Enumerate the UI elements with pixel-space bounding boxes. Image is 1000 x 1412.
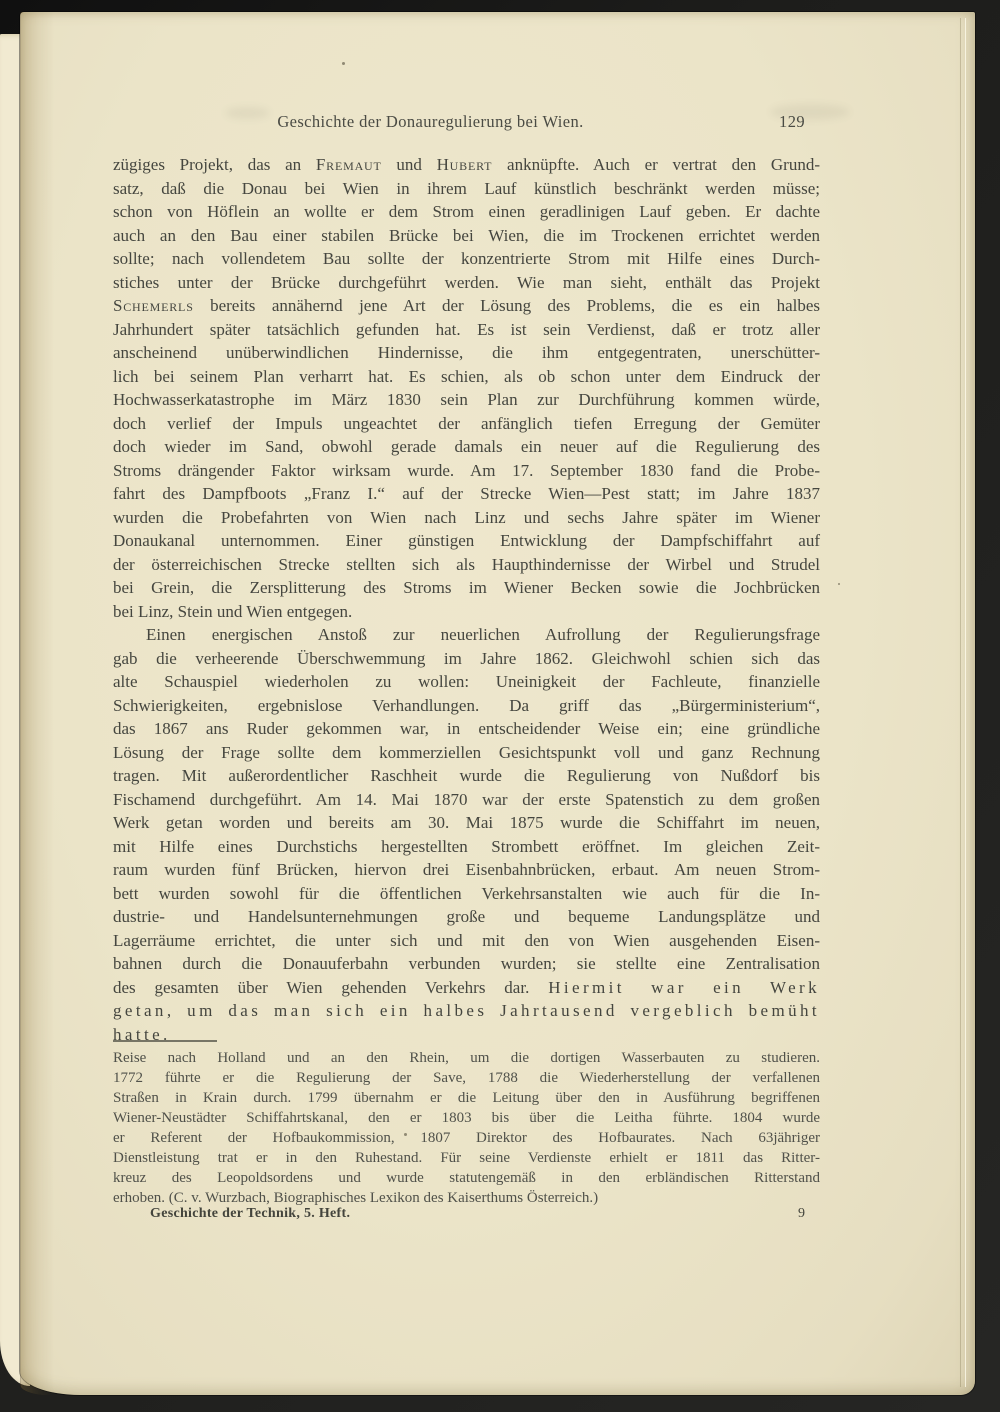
page-edge-line: [965, 18, 966, 1387]
text-line: alte Schauspiel wiederholen zu wollen: U…: [113, 670, 820, 694]
text-line: der österreichischen Strecke stellten si…: [113, 553, 820, 577]
text-segment: Schwierigkeiten, ergebnislose Verhandlun…: [113, 696, 820, 715]
text-line: hatte.: [113, 1023, 820, 1047]
text-segment: Lagerräume errichtet, die unter sich und…: [113, 931, 820, 950]
footnote-text: Reise nach Holland und an den Rhein, um …: [113, 1048, 820, 1208]
text-segment: tragen. Mit außerordentlicher Raschheit …: [113, 766, 820, 785]
text-line: erhoben. (C. v. Wurzbach, Biographisches…: [113, 1188, 820, 1208]
person-name-smallcaps: Fremaut: [316, 155, 382, 174]
text-segment: das 1867 ans Ruder gekommen war, in ents…: [113, 719, 820, 738]
text-segment: stiches unter der Brücke durchgeführt we…: [113, 273, 820, 292]
main-text: zügiges Projekt, das an Fremaut und Hube…: [113, 153, 820, 1046]
text-line: lich bei seinem Plan verharrt hat. Es sc…: [113, 365, 820, 389]
text-line: des gesamten über Wien gehenden Verkehrs…: [113, 976, 820, 1000]
text-segment: des gesamten über Wien gehenden Verkehrs…: [113, 978, 548, 997]
paper-speck: [342, 62, 345, 65]
text-segment: 1772 führte er die Regulierung der Save,…: [113, 1070, 820, 1086]
book-background: Geschichte der Donauregulierung bei Wien…: [0, 0, 1000, 1412]
text-line: das 1867 ans Ruder gekommen war, in ents…: [113, 717, 820, 741]
text-segment: doch wieder im Sand, obwohl gerade damal…: [113, 437, 820, 456]
text-segment: Donaukanal unternommen. Einer günstigen …: [113, 531, 820, 550]
text-line: zügiges Projekt, das an Fremaut und Hube…: [113, 153, 820, 177]
text-line: anscheinend unüberwindlichen Hindernisse…: [113, 341, 820, 365]
text-segment: Straßen in Krain durch. 1799 übernahm er…: [113, 1090, 820, 1106]
text-segment: anscheinend unüberwindlichen Hindernisse…: [113, 343, 820, 362]
text-line: Reise nach Holland und an den Rhein, um …: [113, 1048, 820, 1068]
text-line: Hochwasserkatastrophe im März 1830 sein …: [113, 388, 820, 412]
person-name-smallcaps: Hubert: [437, 155, 493, 174]
text-line: stiches unter der Brücke durchgeführt we…: [113, 271, 820, 295]
text-line: sollte; nach vollendetem Bau sollte der …: [113, 247, 820, 271]
text-segment: alte Schauspiel wiederholen zu wollen: U…: [113, 672, 820, 691]
text-segment: bett wurden sowohl für die öffentlichen …: [113, 884, 820, 903]
person-name-smallcaps: Schemerls: [113, 296, 194, 315]
text-line: Dienstleistung trat er in den Ruhestand.…: [113, 1148, 820, 1168]
text-line: Lagerräume errichtet, die unter sich und…: [113, 929, 820, 953]
running-header: Geschichte der Donauregulierung bei Wien…: [113, 112, 805, 134]
page-edge-line: [960, 18, 961, 1387]
text-segment: mit Hilfe eines Durchstichs hergestellte…: [113, 837, 820, 856]
text-segment: Stroms drängender Faktor wirksam wurde. …: [113, 461, 820, 480]
text-segment: gab die verheerende Überschwemmung im Ja…: [113, 649, 820, 668]
page-footer: Geschichte der Technik, 5. Heft. 9: [113, 1206, 820, 1222]
book-page: Geschichte der Donauregulierung bei Wien…: [20, 12, 975, 1395]
text-segment: bei Grein, die Zersplitterung des Stroms…: [113, 578, 820, 597]
text-line: getan, um das man sich ein halbes Jahrta…: [113, 999, 820, 1023]
emphasized-spaced-text: Hiermit war ein Werk: [548, 978, 820, 997]
text-segment: zügiges Projekt, das an: [113, 155, 316, 174]
text-segment: satz, daß die Donau bei Wien in ihrem La…: [113, 179, 820, 198]
text-line: kreuz des Leopoldsordens und wurde statu…: [113, 1168, 820, 1188]
text-line: wurden die Probefahrten von Wien nach Li…: [113, 506, 820, 530]
text-segment: Fischamend durchgeführt. Am 14. Mai 1870…: [113, 790, 820, 809]
page-title: Geschichte der Donauregulierung bei Wien…: [113, 112, 748, 132]
text-segment: sollte; nach vollendetem Bau sollte der …: [113, 249, 820, 268]
text-line: Schemerls bereits annähernd jene Art der…: [113, 294, 820, 318]
text-segment: anknüpfte. Auch er vertrat den Grund-: [492, 155, 820, 174]
text-line: Stroms drängender Faktor wirksam wurde. …: [113, 459, 820, 483]
series-signature: Geschichte der Technik, 5. Heft.: [150, 1206, 350, 1222]
text-line: Werk getan worden und bereits am 30. Mai…: [113, 811, 820, 835]
emphasized-spaced-text: getan, um das man sich ein halbes Jahrta…: [113, 1001, 820, 1020]
text-line: doch verlief der Impuls ungeachtet der a…: [113, 412, 820, 436]
text-line: schon von Höflein an wollte er dem Strom…: [113, 200, 820, 224]
text-line: Schwierigkeiten, ergebnislose Verhandlun…: [113, 694, 820, 718]
text-segment: Wiener-Neustädter Schiffahrtskanal, den …: [113, 1110, 820, 1126]
text-line: 1772 führte er die Regulierung der Save,…: [113, 1068, 820, 1088]
text-segment: dustrie- und Handelsunternehmungen große…: [113, 907, 820, 926]
text-segment: er Referent der Hofbaukommission, 1807 D…: [113, 1130, 820, 1146]
text-segment: kreuz des Leopoldsordens und wurde statu…: [113, 1170, 820, 1186]
text-line: gab die verheerende Überschwemmung im Ja…: [113, 647, 820, 671]
text-line: bei Linz, Stein und Wien entgegen.: [113, 600, 820, 624]
text-line: satz, daß die Donau bei Wien in ihrem La…: [113, 177, 820, 201]
text-segment: Einen energischen Anstoß zur neuerlichen…: [146, 625, 820, 644]
text-segment: Reise nach Holland und an den Rhein, um …: [113, 1050, 820, 1066]
text-segment: und: [382, 155, 437, 174]
text-line: Wiener-Neustädter Schiffahrtskanal, den …: [113, 1108, 820, 1128]
text-segment: doch verlief der Impuls ungeachtet der a…: [113, 414, 820, 433]
text-segment: Hochwasserkatastrophe im März 1830 sein …: [113, 390, 820, 409]
text-segment: Lösung der Frage sollte dem kommerzielle…: [113, 743, 820, 762]
text-segment: bei Linz, Stein und Wien entgegen.: [113, 602, 352, 621]
text-line: mit Hilfe eines Durchstichs hergestellte…: [113, 835, 820, 859]
text-segment: raum wurden fünf Brücken, hiervon drei E…: [113, 860, 820, 879]
text-segment: schon von Höflein an wollte er dem Strom…: [113, 202, 820, 221]
text-line: dustrie- und Handelsunternehmungen große…: [113, 905, 820, 929]
text-line: Lösung der Frage sollte dem kommerzielle…: [113, 741, 820, 765]
text-line: raum wurden fünf Brücken, hiervon drei E…: [113, 858, 820, 882]
text-line: Fischamend durchgeführt. Am 14. Mai 1870…: [113, 788, 820, 812]
text-line: er Referent der Hofbaukommission, 1807 D…: [113, 1128, 820, 1148]
gutter-shadow: [20, 12, 54, 1395]
text-line: Einen energischen Anstoß zur neuerlichen…: [113, 623, 820, 647]
text-line: tragen. Mit außerordentlicher Raschheit …: [113, 764, 820, 788]
text-line: fahrt des Dampfboots „Franz I.“ auf der …: [113, 482, 820, 506]
text-line: auch an den Bau einer stabilen Brücke be…: [113, 224, 820, 248]
text-line: Straßen in Krain durch. 1799 übernahm er…: [113, 1088, 820, 1108]
text-line: Donaukanal unternommen. Einer günstigen …: [113, 529, 820, 553]
text-segment: Werk getan worden und bereits am 30. Mai…: [113, 813, 820, 832]
footnote-rule: [113, 1040, 217, 1042]
text-segment: wurden die Probefahrten von Wien nach Li…: [113, 508, 820, 527]
text-line: doch wieder im Sand, obwohl gerade damal…: [113, 435, 820, 459]
text-segment: fahrt des Dampfboots „Franz I.“ auf der …: [113, 484, 820, 503]
paper-speck: [838, 583, 840, 585]
text-line: bett wurden sowohl für die öffentlichen …: [113, 882, 820, 906]
sheet-number: 9: [798, 1206, 805, 1222]
text-segment: Dienstleistung trat er in den Ruhestand.…: [113, 1150, 820, 1166]
text-line: bahnen durch die Donauuferbahn verbunden…: [113, 952, 820, 976]
page-number: 129: [779, 112, 805, 132]
text-segment: auch an den Bau einer stabilen Brücke be…: [113, 226, 820, 245]
text-line: Jahrhundert später tatsächlich gefunden …: [113, 318, 820, 342]
text-segment: bereits annähernd jene Art der Lösung de…: [194, 296, 820, 315]
text-segment: lich bei seinem Plan verharrt hat. Es sc…: [113, 367, 820, 386]
text-segment: erhoben. (C. v. Wurzbach, Biographisches…: [113, 1190, 598, 1206]
text-line: bei Grein, die Zersplitterung des Stroms…: [113, 576, 820, 600]
text-segment: Jahrhundert später tatsächlich gefunden …: [113, 320, 820, 339]
text-segment: bahnen durch die Donauuferbahn verbunden…: [113, 954, 820, 973]
text-segment: der österreichischen Strecke stellten si…: [113, 555, 820, 574]
